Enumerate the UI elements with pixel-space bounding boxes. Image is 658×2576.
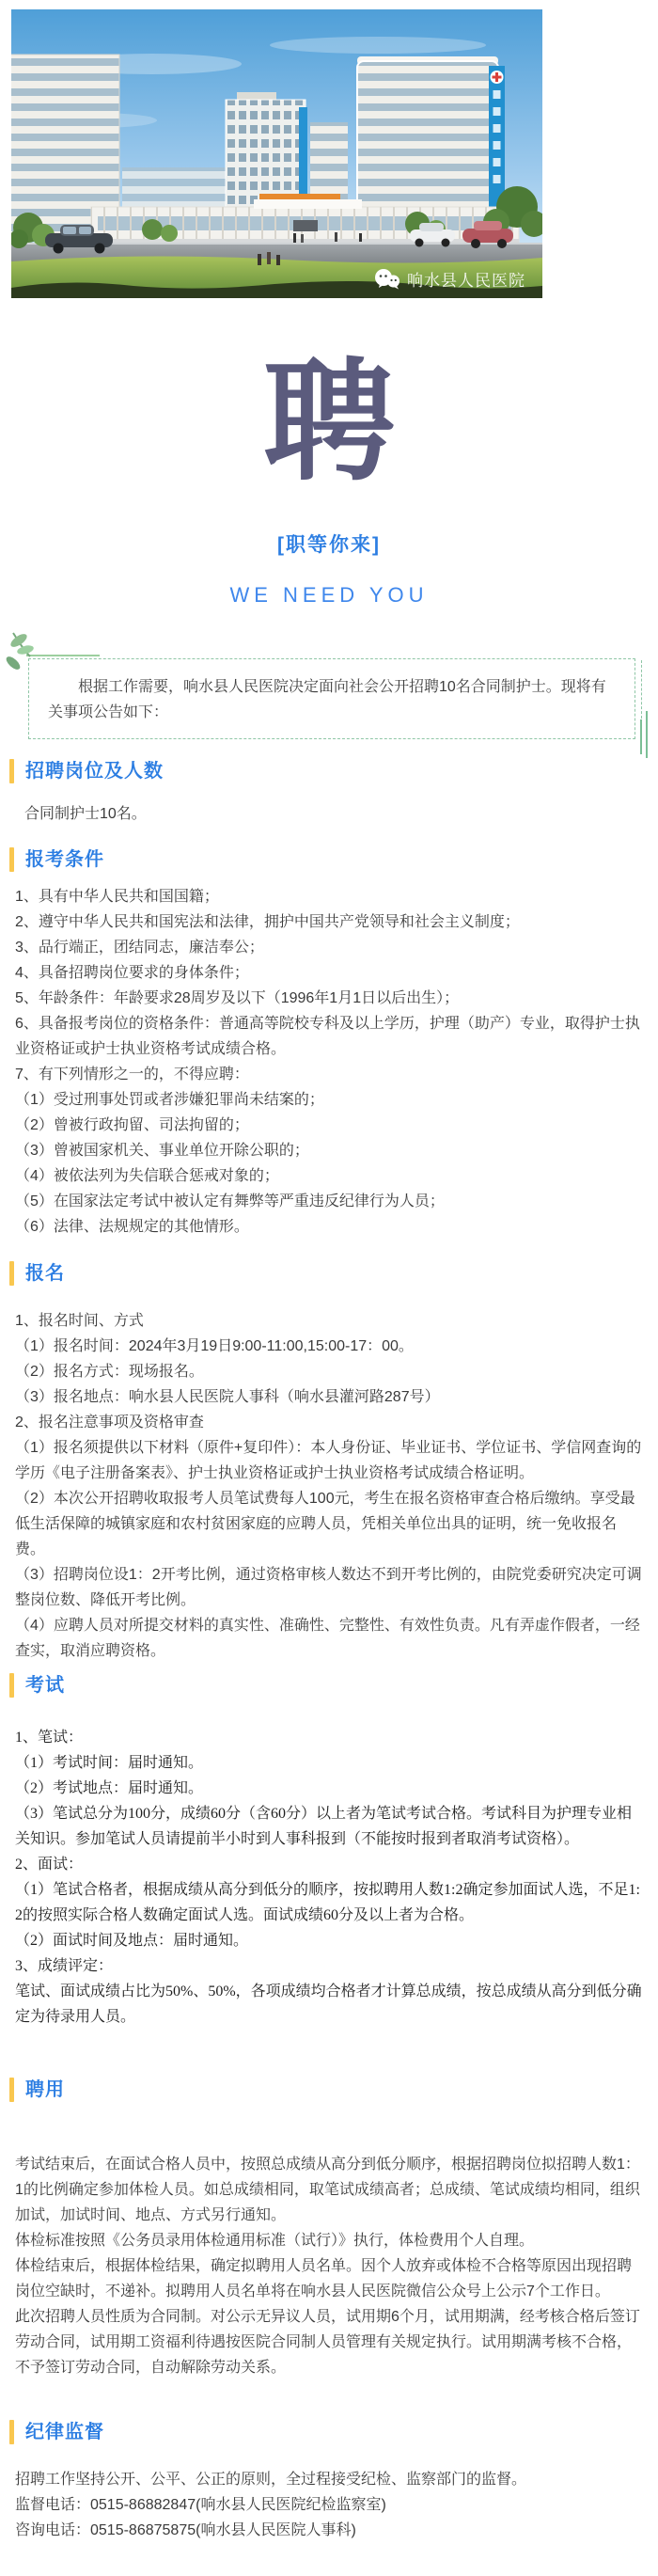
paragraph: 笔试、面试成绩占比为50%、50%，各项成绩均合格者才计算总成绩，按总成绩从高分… (15, 1979, 643, 2030)
paragraph: 2、遵守中华人民共和国宪法和法律，拥护中国共产党领导和社会主义制度； (15, 909, 643, 935)
section-examination: 考试 1、笔试：（1）考试时间：届时通知。（2）考试地点：届时通知。（3）笔试总… (0, 1672, 658, 2030)
section-marker-bar (9, 2078, 14, 2102)
paragraph: 监督电话：0515-86882847(响水县人民医院纪检监察室) (15, 2492, 643, 2518)
paragraph: 7、有下列情形之一的，不得应聘： (15, 1062, 643, 1087)
paragraph: （3）招聘岗位设1：2开考比例，通过资格审核人数达不到开考比例的，由院党委研究决… (15, 1562, 643, 1613)
intro-box: 根据工作需要，响水县人民医院决定面向社会公开招聘10名合同制护士。现将有关事项公… (28, 658, 635, 739)
intro-text: 根据工作需要，响水县人民医院决定面向社会公开招聘10名合同制护士。现将有关事项公… (48, 674, 616, 725)
section-registration: 报名 1、报名时间、方式（1）报名时间：2024年3月19日9:00-11:00… (0, 1260, 658, 1664)
paragraph: （1）受过刑事处罚或者涉嫌犯罪尚未结案的； (15, 1087, 643, 1113)
paragraph: （6）法律、法规规定的其他情形。 (15, 1214, 643, 1240)
section-recruit-positions: 招聘岗位及人数 合同制护士10名。 (0, 758, 658, 827)
section-marker-bar (9, 2420, 14, 2444)
paragraph: （4）应聘人员对所提交材料的真实性、准确性、完整性、有效性负责。凡有弄虚作假者，… (15, 1613, 643, 1664)
section-header: 纪律监督 (0, 2419, 658, 2445)
paragraph: 4、具备招聘岗位要求的身体条件； (15, 960, 643, 986)
paragraph: （2）本次公开招聘收取报考人员笔试费每人100元，考生在报名资格审查合格后缴纳。… (15, 1486, 643, 1562)
wechat-icon (374, 268, 400, 291)
paragraph: （3）曾被国家机关、事业单位开除公职的； (15, 1138, 643, 1163)
paragraph: （1）报名须提供以下材料（原件+复印件）：本人身份证、毕业证书、学位证书、学信网… (15, 1435, 643, 1486)
green-tick-line (646, 711, 648, 758)
paragraph: 1、笔试： (15, 1725, 643, 1750)
paragraph: （1）笔试合格者，根据成绩从高分到低分的顺序，按拟聘用人数1:2确定参加面试人选… (15, 1877, 643, 1928)
paragraph: 3、成绩评定： (15, 1953, 643, 1979)
paragraph: 2、报名注意事项及资格审查 (15, 1410, 643, 1435)
section-header: 报名 (0, 1260, 658, 1287)
paragraph: （1）报名时间：2024年3月19日9:00-11:00,15:00-17：00… (15, 1334, 643, 1359)
section-marker-bar (9, 1261, 14, 1286)
paragraph: 咨询电话：0515-86875875(响水县人民医院人事科) (15, 2518, 643, 2543)
paragraph: 6、具备报考岗位的资格条件：普通高等院校专科及以上学历，护理（助产）专业，取得护… (15, 1011, 643, 1062)
section-discipline-supervision: 纪律监督 招聘工作坚持公开、公平、公正的原则，全过程接受纪检、监察部门的监督。监… (0, 2419, 658, 2543)
paragraph: 2、面试： (15, 1852, 643, 1877)
section-body: 1、报名时间、方式（1）报名时间：2024年3月19日9:00-11:00,15… (15, 1308, 643, 1664)
hero-big-char: 聘 (0, 356, 658, 488)
section-marker-bar (9, 847, 14, 872)
paragraph: 合同制护士10名。 (24, 801, 643, 827)
section-marker-bar (9, 759, 14, 783)
hospital-photo: 响水县人民医院 (11, 9, 542, 298)
article-page: 响水县人民医院 聘 [职等你来] WE NEED YOU 根据工作需要，响水县人… (0, 0, 658, 2576)
section-body: 招聘工作坚持公开、公平、公正的原则，全过程接受纪检、监察部门的监督。监督电话：0… (15, 2467, 643, 2543)
paragraph: （2）考试地点：届时通知。 (15, 1776, 643, 1801)
section-title: 报考条件 (25, 846, 104, 873)
section-body: 1、笔试：（1）考试时间：届时通知。（2）考试地点：届时通知。（3）笔试总分为1… (15, 1725, 643, 2030)
paragraph: 体检结束后，根据体检结果，确定拟聘用人员名单。因个人放弃或体检不合格等原因出现招… (15, 2253, 643, 2304)
green-tick-line (640, 719, 642, 754)
section-title: 考试 (25, 1672, 65, 1699)
paragraph: 考试结束后，在面试合格人员中，按照总成绩从高分到低分顺序，根据招聘岗位拟招聘人数… (15, 2152, 643, 2228)
paragraph: 5、年龄条件：年龄要求28周岁及以下（1996年1月1日以后出生）； (15, 986, 643, 1011)
section-title: 招聘岗位及人数 (25, 758, 164, 784)
watermark-text: 响水县人民医院 (407, 267, 525, 291)
section-header: 考试 (0, 1672, 658, 1699)
paragraph: （4）被依法列为失信联合惩戒对象的； (15, 1163, 643, 1189)
hero-slogan-cn: [职等你来] (0, 531, 658, 560)
paragraph: 招聘工作坚持公开、公平、公正的原则，全过程接受纪检、监察部门的监督。 (15, 2467, 643, 2492)
paragraph: （5）在国家法定考试中被认定有舞弊等严重违反纪律行为人员； (15, 1189, 643, 1214)
section-application-requirements: 报考条件 1、具有中华人民共和国国籍；2、遵守中华人民共和国宪法和法律，拥护中国… (0, 846, 658, 1240)
section-title: 纪律监督 (25, 2419, 104, 2445)
section-marker-bar (9, 1673, 14, 1698)
hospital-illustration (11, 9, 542, 298)
section-title: 报名 (25, 1260, 65, 1287)
hero-slogan-en: WE NEED YOU (0, 581, 658, 609)
green-dashed-line (641, 660, 642, 719)
paragraph: （2）报名方式：现场报名。 (15, 1359, 643, 1384)
section-header: 报考条件 (0, 846, 658, 873)
paragraph: 体检标准按照《公务员录用体检通用标准（试行）》执行，体检费用个人自理。 (15, 2228, 643, 2253)
paragraph: （2）面试时间及地点：届时通知。 (15, 1928, 643, 1953)
section-employment: 聘用 考试结束后，在面试合格人员中，按照总成绩从高分到低分顺序，根据招聘岗位拟招… (0, 2077, 658, 2380)
paragraph: （1）考试时间：届时通知。 (15, 1750, 643, 1776)
section-header: 聘用 (0, 2077, 658, 2103)
section-body: 合同制护士10名。 (15, 801, 643, 827)
paragraph: （2）曾被行政拘留、司法拘留的； (15, 1113, 643, 1138)
paragraph: 此次招聘人员性质为合同制。对公示无异议人员，试用期6个月，试用期满，经考核合格后… (15, 2304, 643, 2380)
intro-section: 根据工作需要，响水县人民医院决定面向社会公开招聘10名合同制护士。现将有关事项公… (0, 628, 658, 769)
paragraph: 1、报名时间、方式 (15, 1308, 643, 1334)
section-title: 聘用 (25, 2077, 65, 2103)
paragraph: （3）报名地点：响水县人民医院人事科（响水县灌河路287号） (15, 1384, 643, 1410)
section-body: 考试结束后，在面试合格人员中，按照总成绩从高分到低分顺序，根据招聘岗位拟招聘人数… (15, 2152, 643, 2380)
section-header: 招聘岗位及人数 (0, 758, 658, 784)
paragraph: （3）笔试总分为100分，成绩60分（含60分）以上者为笔试考试合格。考试科目为… (15, 1801, 643, 1852)
photo-watermark: 响水县人民医院 (374, 267, 525, 291)
paragraph: 1、具有中华人民共和国国籍； (15, 884, 643, 909)
paragraph: 3、品行端正，团结同志，廉洁奉公； (15, 935, 643, 960)
section-body: 1、具有中华人民共和国国籍；2、遵守中华人民共和国宪法和法律，拥护中国共产党领导… (15, 884, 643, 1240)
